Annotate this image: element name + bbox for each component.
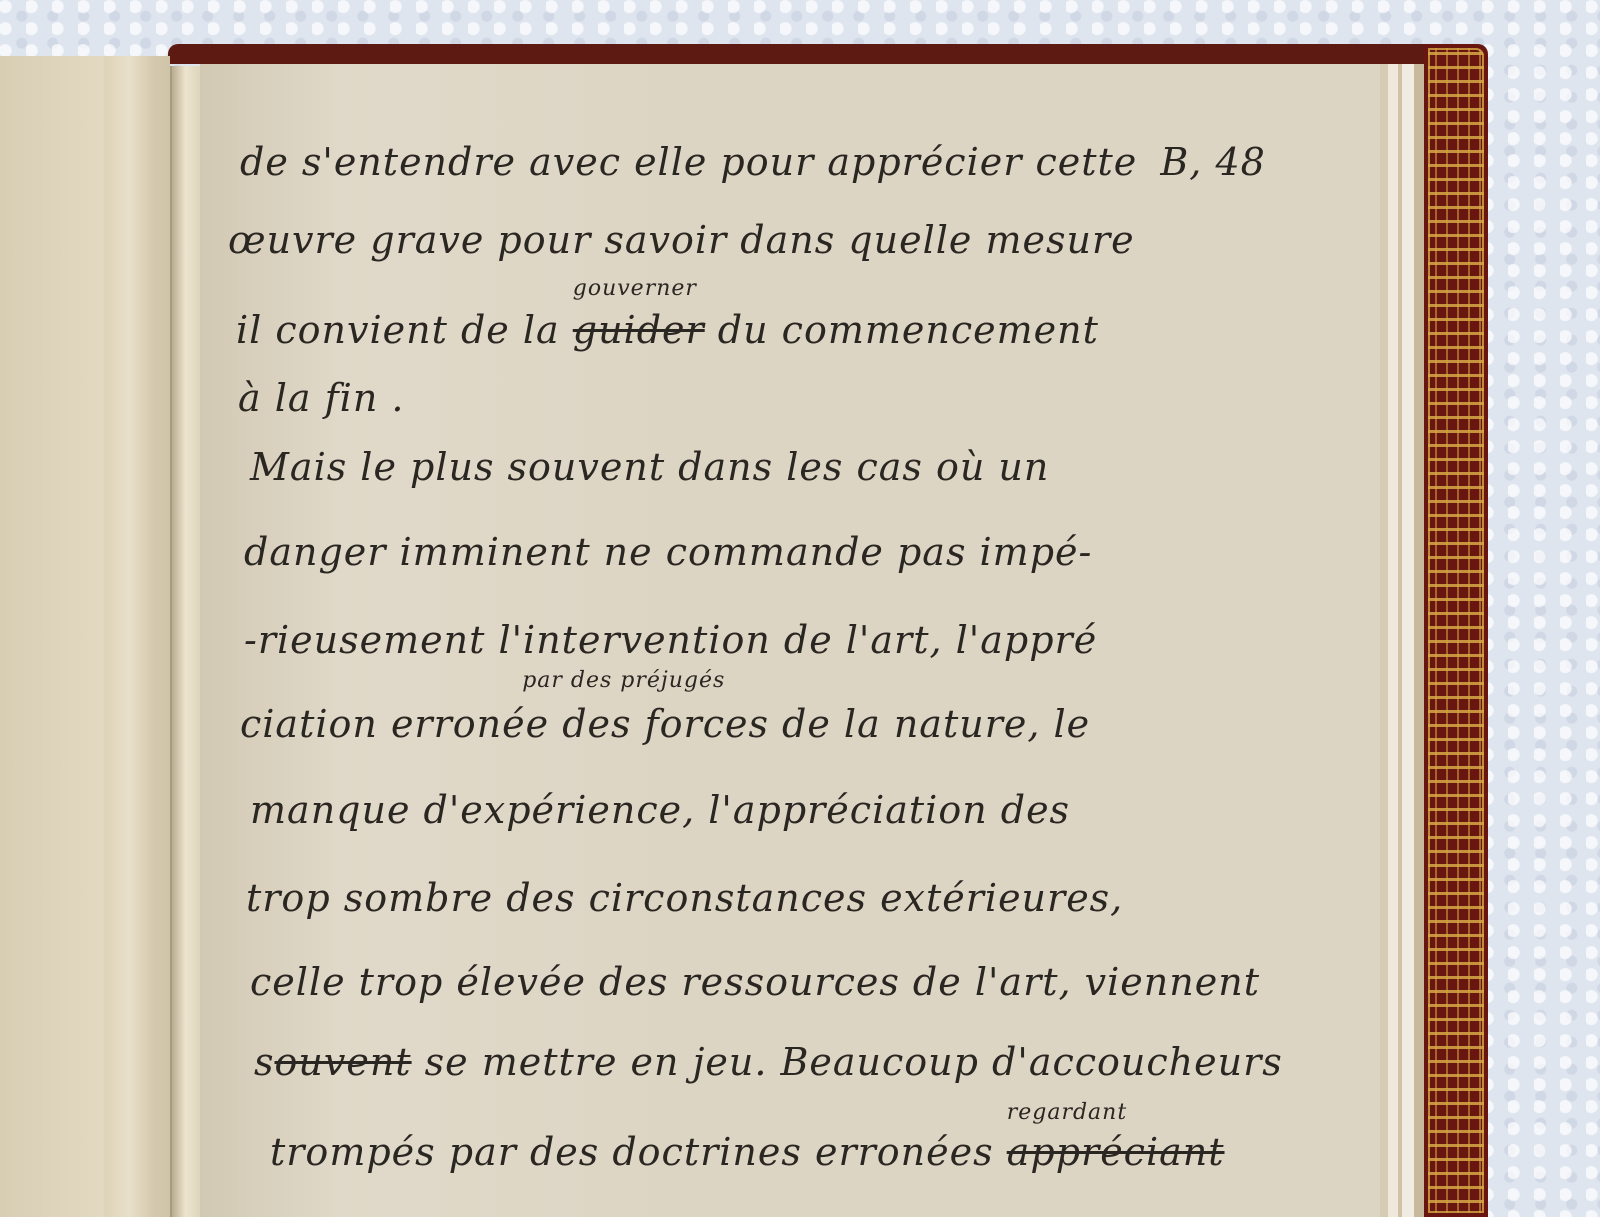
manuscript-line-6: danger imminent ne commande pas impé- xyxy=(244,530,1092,574)
manuscript-line-2: œuvre grave pour savoir dans quelle mesu… xyxy=(228,218,1135,262)
manuscript-line-4: à la fin . xyxy=(238,376,404,420)
manuscript-line-13: trompés par des doctrines erronées regar… xyxy=(270,1130,1225,1174)
line-text: trompés par des doctrines erronées xyxy=(270,1130,994,1174)
line-text: -rieusement l'intervention de l'art, l'a… xyxy=(244,618,1097,662)
line-text: il convient de la xyxy=(236,308,560,352)
line-text: à la fin . xyxy=(238,376,404,420)
line-text: Mais le plus souvent dans les cas où un xyxy=(250,445,1049,489)
manuscript-line-7: -rieusement l'intervention de l'art, l'a… xyxy=(244,618,1097,662)
manuscript-line-10: trop sombre des circonstances extérieure… xyxy=(246,876,1123,920)
manuscript-line-5: Mais le plus souvent dans les cas où un xyxy=(250,445,1049,489)
line-text: celle trop élevée des ressources de l'ar… xyxy=(250,960,1260,1004)
leather-cover-top xyxy=(168,44,1488,64)
interlinear-insert: par des préjugés xyxy=(522,668,725,693)
line-text: trop sombre des circonstances extérieure… xyxy=(246,876,1123,920)
line-text: des forces de la nature, le xyxy=(562,702,1090,746)
manuscript-line-3: il convient de la gouverner guider du co… xyxy=(236,308,1099,352)
line-text: du commencement xyxy=(718,308,1099,352)
interlinear-insert: regardant xyxy=(1007,1100,1127,1125)
interlinear-insert: gouverner xyxy=(573,276,697,301)
struck-word: ouvent xyxy=(275,1040,412,1084)
line-text: se mettre en jeu. Beaucoup d'accoucheurs xyxy=(425,1040,1283,1084)
line-text: œuvre grave pour savoir dans quelle mesu… xyxy=(228,218,1135,262)
manuscript-line-8: ciation erronée par des préjugés des for… xyxy=(240,702,1090,746)
line-text: ciation erronée xyxy=(240,702,549,746)
struck-word: guider xyxy=(573,308,705,352)
line-text: danger imminent ne commande pas impé- xyxy=(244,530,1092,574)
manuscript-line-11: celle trop élevée des ressources de l'ar… xyxy=(250,960,1260,1004)
line-text: s xyxy=(254,1040,275,1084)
page-fold xyxy=(104,56,154,1217)
left-blank-page xyxy=(0,56,170,1217)
manuscript-line-1: de s'entendre avec elle pour apprécier c… xyxy=(240,140,1266,184)
line-text: de s'entendre avec elle pour apprécier c… xyxy=(240,140,1137,184)
manuscript-line-9: manque d'expérience, l'appréciation des xyxy=(250,788,1070,832)
page-edges xyxy=(1380,64,1424,1217)
gilt-leather-border xyxy=(1424,44,1488,1217)
line-text: manque d'expérience, l'appréciation des xyxy=(250,788,1070,832)
manuscript-line-12: souvent se mettre en jeu. Beaucoup d'acc… xyxy=(254,1040,1283,1084)
struck-word: appréciant xyxy=(1007,1130,1225,1174)
page-reference: B, 48 xyxy=(1160,140,1265,184)
